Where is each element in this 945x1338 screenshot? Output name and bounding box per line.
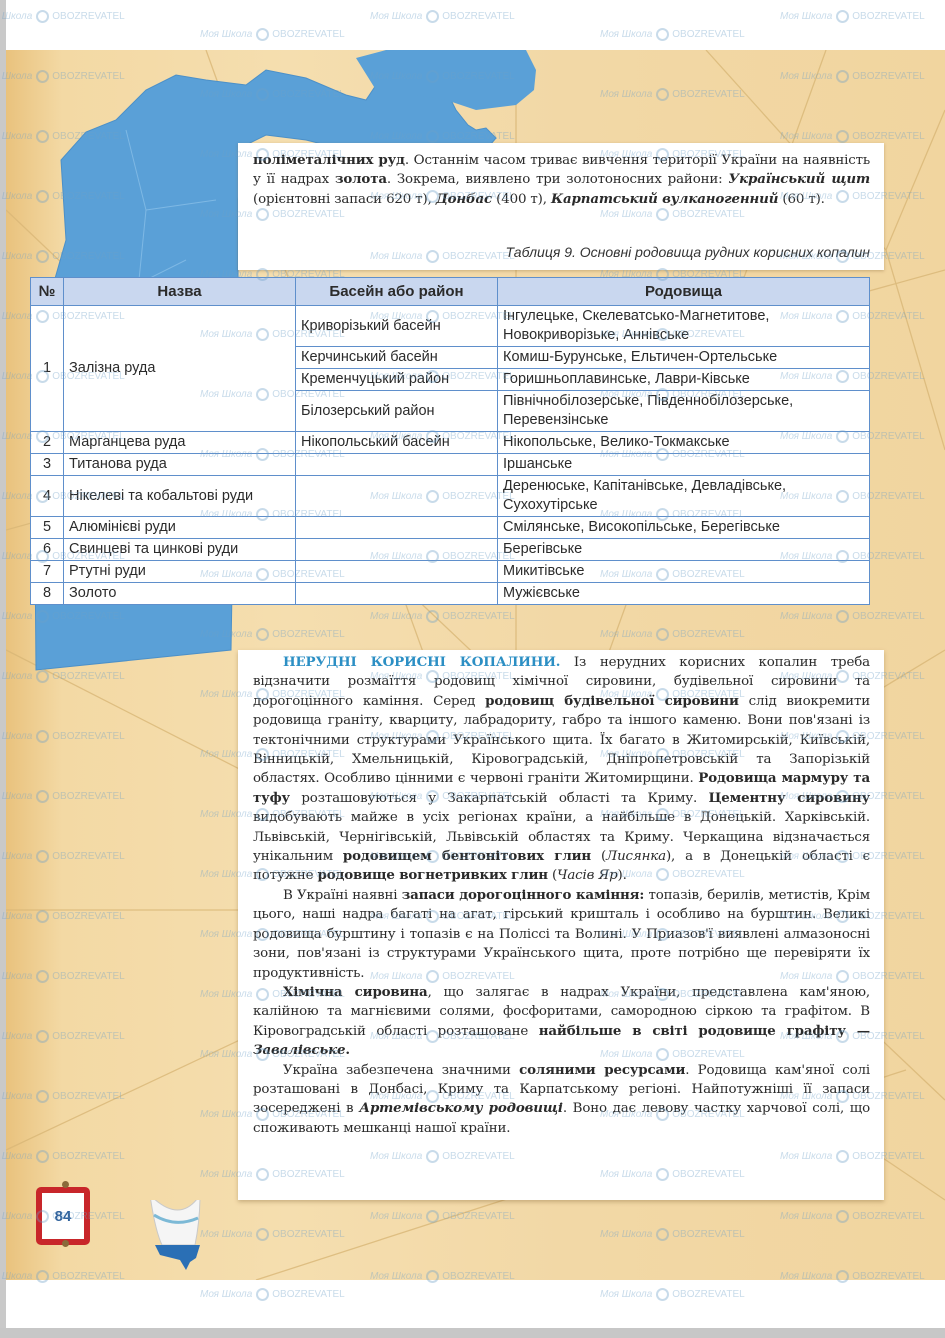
cell-ore-name: Ртутні руди	[64, 561, 296, 583]
header-name: Назва	[64, 278, 296, 306]
cell-area	[296, 454, 498, 476]
cell-ore-name: Алюмінієві руди	[64, 517, 296, 539]
cell-deposits: Горишньоплавинське, Лаври-Ківське	[498, 369, 870, 391]
cell-area	[296, 561, 498, 583]
cell-area: Керчинський басейн	[296, 347, 498, 369]
body-paragraph: Україна забезпечена значними соляними ре…	[253, 1061, 870, 1139]
cell-area	[296, 539, 498, 561]
cell-number: 7	[31, 561, 64, 583]
table-row: 1Залізна рудаКриворізький басейнІнгулець…	[31, 306, 870, 347]
cell-number: 1	[31, 306, 64, 432]
cell-ore-name: Марганцева руда	[64, 432, 296, 454]
table-row: 2Марганцева рудаНікопольський басейнНіко…	[31, 432, 870, 454]
table-row: 5Алюмінієві рудиСмілянське, Високопільсь…	[31, 517, 870, 539]
cell-area: Нікопольський басейн	[296, 432, 498, 454]
body-paragraph: Хімічна сировина, що залягає в надрах Ук…	[253, 983, 870, 1061]
ore-deposits-table: № Назва Басейн або район Родовища 1Заліз…	[30, 277, 870, 605]
boat-illustration	[150, 1200, 210, 1280]
watermark: Моя ШколаOBOZREVATEL	[0, 10, 125, 23]
body-paragraph: В Україні наявні запаси дорогоцінного ка…	[253, 886, 870, 983]
page-number-badge: 84	[36, 1187, 90, 1245]
table-header-row: № Назва Басейн або район Родовища	[31, 278, 870, 306]
cell-ore-name: Титанова руда	[64, 454, 296, 476]
cell-number: 6	[31, 539, 64, 561]
watermark: Моя ШколаOBOZREVATEL	[200, 1288, 345, 1301]
cell-number: 4	[31, 476, 64, 517]
table-row: 4Нікелеві та кобальтові рудиДеренюське, …	[31, 476, 870, 517]
cell-deposits: Іршанське	[498, 454, 870, 476]
table-row: 3Титанова рудаІршанське	[31, 454, 870, 476]
table-row: 6Свинцеві та цинкові рудиБерегівське	[31, 539, 870, 561]
cell-area	[296, 476, 498, 517]
cell-deposits: Деренюське, Капітанівське, Девладівське,…	[498, 476, 870, 517]
cell-number: 8	[31, 583, 64, 605]
watermark: Моя ШколаOBOZREVATEL	[200, 28, 345, 41]
watermark: Моя ШколаOBOZREVATEL	[600, 1288, 745, 1301]
header-deposits: Родовища	[498, 278, 870, 306]
header-number: №	[31, 278, 64, 306]
cell-ore-name: Нікелеві та кобальтові руди	[64, 476, 296, 517]
cell-deposits: Північнобілозерське, Південнобілозерське…	[498, 391, 870, 432]
cell-ore-name: Свинцеві та цинкові руди	[64, 539, 296, 561]
table-body: 1Залізна рудаКриворізький басейнІнгулець…	[31, 306, 870, 605]
cell-deposits: Інгулецьке, Скелеватсько-Магнетитове, Но…	[498, 306, 870, 347]
watermark: Моя ШколаOBOZREVATEL	[370, 10, 515, 23]
cell-number: 3	[31, 454, 64, 476]
badge-ornament	[62, 1240, 69, 1247]
cell-deposits: Мужієвське	[498, 583, 870, 605]
cell-area: Криворізький басейн	[296, 306, 498, 347]
intro-text: поліметалічних руд. Останнім часом трива…	[253, 151, 870, 209]
body-paragraph: НЕРУДНІ КОРИСНІ КОПАЛИНИ. Із нерудних ко…	[253, 653, 870, 886]
cell-deposits: Комиш-Бурунське, Ельтичен-Ортельське	[498, 347, 870, 369]
page-bottom-edge	[0, 1328, 945, 1338]
cell-ore-name: Залізна руда	[64, 306, 296, 432]
badge-ornament	[62, 1181, 69, 1188]
table-caption: Таблиця 9. Основні родовища рудних корис…	[420, 244, 870, 260]
cell-area: Білозерський район	[296, 391, 498, 432]
cell-deposits: Смілянське, Високопільське, Берегівське	[498, 517, 870, 539]
section-heading: НЕРУДНІ КОРИСНІ КОПАЛИНИ.	[283, 654, 560, 670]
table-row: 7Ртутні рудиМикитівське	[31, 561, 870, 583]
cell-area	[296, 583, 498, 605]
header-area: Басейн або район	[296, 278, 498, 306]
page-number: 84	[55, 1208, 72, 1225]
cell-area	[296, 517, 498, 539]
intro-paragraph: поліметалічних руд. Останнім часом трива…	[253, 151, 870, 209]
cell-ore-name: Золото	[64, 583, 296, 605]
table-row: 8ЗолотоМужієвське	[31, 583, 870, 605]
cell-number: 2	[31, 432, 64, 454]
body-text: НЕРУДНІ КОРИСНІ КОПАЛИНИ. Із нерудних ко…	[253, 653, 870, 1138]
cell-number: 5	[31, 517, 64, 539]
cell-deposits: Нікопольське, Велико-Токмакське	[498, 432, 870, 454]
cell-deposits: Микитівське	[498, 561, 870, 583]
cell-deposits: Берегівське	[498, 539, 870, 561]
watermark: Моя ШколаOBOZREVATEL	[600, 28, 745, 41]
watermark: Моя ШколаOBOZREVATEL	[780, 10, 925, 23]
cell-area: Кременчуцький район	[296, 369, 498, 391]
